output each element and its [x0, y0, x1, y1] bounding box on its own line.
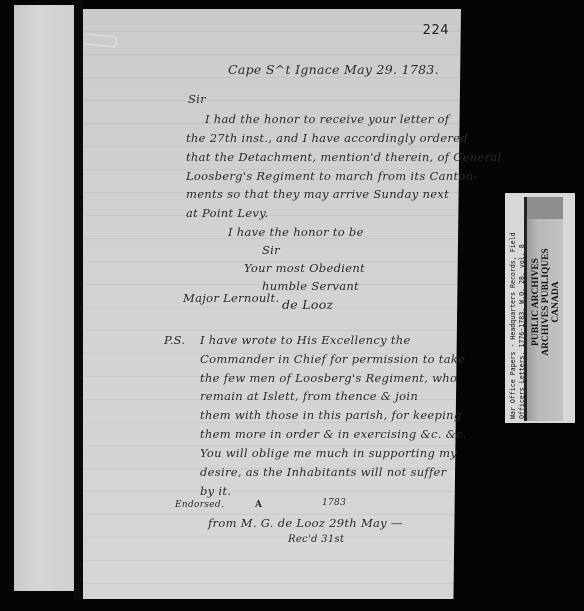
closing-line: I have the honor to be: [228, 225, 364, 239]
stamp-line: PUBLIC ARCHIVES: [531, 227, 541, 377]
endorsement-line: from M. G. de Looz 29th May —: [208, 516, 403, 530]
postscript-line: them with those in this parish, for keep…: [200, 408, 462, 422]
signature: de Looz: [282, 297, 333, 312]
binding-gutter: [74, 0, 83, 600]
closing-line: Your most Obedient: [244, 261, 365, 275]
archives-stamp: PUBLIC ARCHIVES ARCHIVES PUBLIQUES CANAD…: [524, 197, 563, 421]
endorsement-received: Rec'd 31st: [288, 534, 344, 545]
postscript-line: the few men of Loosberg's Regiment, who: [200, 371, 457, 385]
body-line: I had the honor to receive your letter o…: [205, 112, 449, 126]
endorsement-label: Endorsed.: [175, 500, 224, 510]
body-line: the 27th inst., and I have accordingly o…: [186, 131, 468, 145]
postscript-line: I have wrote to His Excellency the: [200, 333, 411, 347]
letter-heading: Cape S^t Ignace May 29. 1783.: [228, 62, 439, 77]
postscript-line: Commander in Chief for permission to tak…: [200, 352, 465, 366]
stamp-band: [527, 197, 563, 219]
postscript-line: them more in order & in exercising &c. &…: [200, 427, 467, 441]
facing-page-edge: [14, 5, 74, 591]
stamp-text: PUBLIC ARCHIVES ARCHIVES PUBLIQUES CANAD…: [531, 227, 561, 377]
postscript-line: by it.: [200, 484, 231, 498]
body-line: at Point Levy.: [186, 206, 268, 220]
body-line: Loosberg's Regiment to march from its Ca…: [186, 169, 477, 183]
body-line: that the Detachment, mention'd therein, …: [186, 150, 502, 164]
letter-salutation: Sir: [188, 92, 206, 106]
folio-number: 224: [423, 23, 449, 38]
archive-label-card: War Office Papers - Headquarters Records…: [505, 193, 575, 423]
endorsement-year: 1783: [322, 498, 346, 508]
stamp-line: CANADA: [551, 227, 561, 377]
postscript-line: You will oblige me much in supporting my: [200, 446, 457, 460]
caption-line: War Office Papers - Headquarters Records…: [509, 232, 518, 419]
stamp-line: ARCHIVES PUBLIQUES: [541, 227, 551, 377]
endorsement-mark: A: [255, 500, 262, 510]
addressee: Major Lernoult.: [183, 291, 279, 305]
closing-line: Sir: [262, 243, 280, 257]
postscript-line: desire, as the Inhabitants will not suff…: [200, 465, 446, 479]
body-line: ments so that they may arrive Sunday nex…: [186, 187, 449, 201]
postscript-label: P.S.: [164, 333, 185, 347]
postscript-line: remain at Islett, from thence & join: [200, 389, 418, 403]
